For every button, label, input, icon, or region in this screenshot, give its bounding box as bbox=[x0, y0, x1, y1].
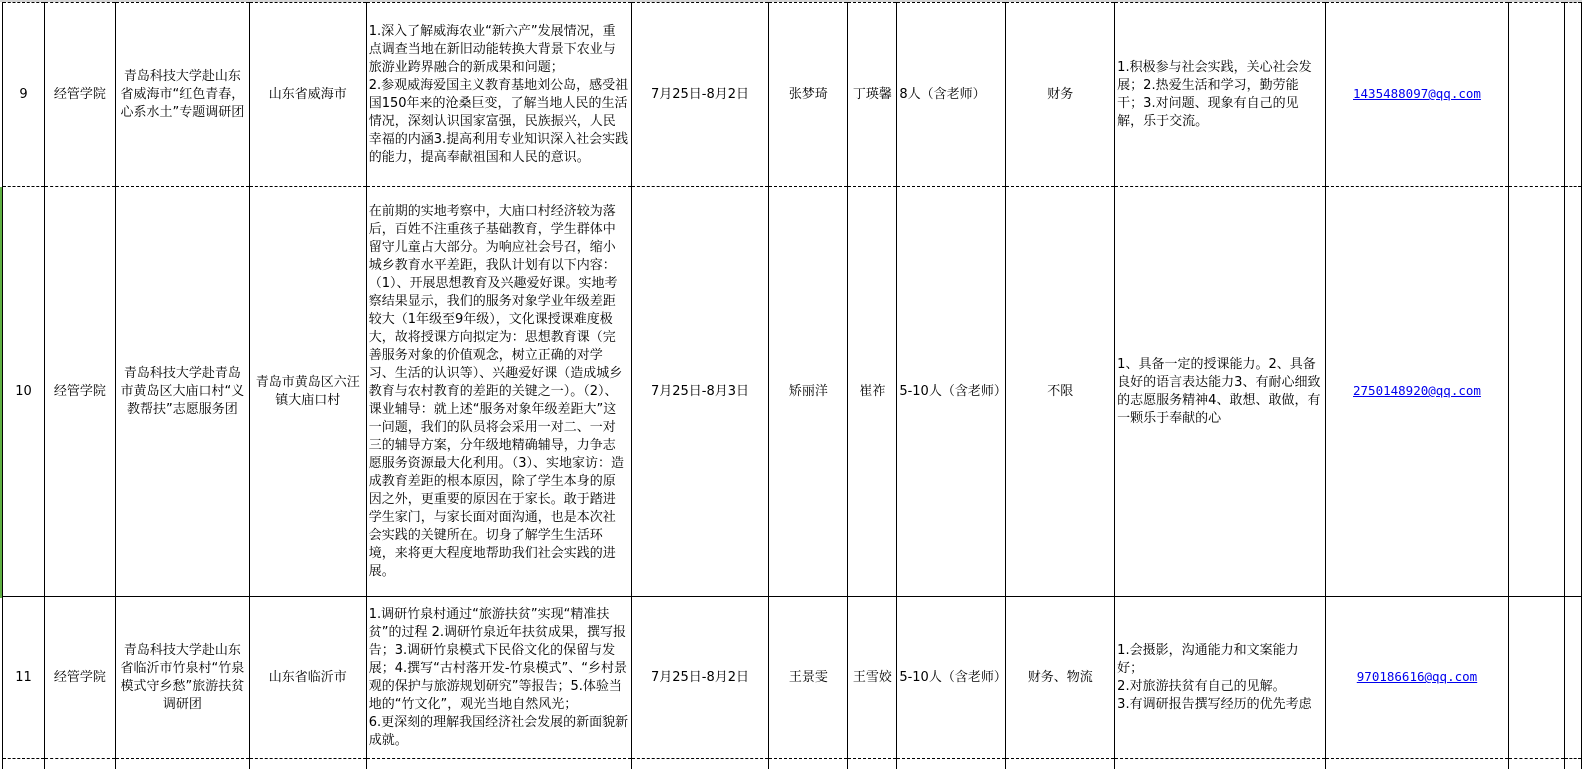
cell-leader[interactable]: 王景雯 bbox=[769, 597, 848, 759]
cell-teacher[interactable]: 丁瑛馨 bbox=[848, 3, 897, 187]
spreadsheet-view: 9 经管学院 青岛科技大学赴山东省威海市“红色青春，心系水土”专题调研团 山东省… bbox=[0, 0, 1582, 769]
cell-team-size[interactable]: 8人（含老师） bbox=[897, 3, 1006, 187]
cell-location[interactable] bbox=[249, 759, 366, 769]
cell-location[interactable]: 山东省临沂市 bbox=[249, 597, 366, 759]
cell-team-name[interactable]: 青岛科技大学赴山东省威海市“红色青春，心系水土”专题调研团 bbox=[115, 3, 249, 187]
cell-teacher[interactable]: 王雪姣 bbox=[848, 597, 897, 759]
cell-empty[interactable] bbox=[1508, 3, 1564, 187]
cell-requirement[interactable]: 财务、物流 bbox=[1006, 597, 1115, 759]
cell-no[interactable]: 11 bbox=[3, 597, 45, 759]
cell-email[interactable]: 2750148920@qq.com bbox=[1326, 187, 1509, 597]
cell-teacher[interactable] bbox=[848, 759, 897, 769]
cell-requirement[interactable]: 不限 bbox=[1006, 187, 1115, 597]
cell-location[interactable]: 山东省威海市 bbox=[249, 3, 366, 187]
data-table: 9 经管学院 青岛科技大学赴山东省威海市“红色青春，心系水土”专题调研团 山东省… bbox=[2, 2, 1582, 769]
email-link[interactable]: 1435488097@qq.com bbox=[1353, 86, 1481, 101]
cell-dates[interactable]: 7月25日-8月3日 bbox=[631, 187, 769, 597]
cell-leader[interactable]: 张梦琦 bbox=[769, 3, 848, 187]
cell-no[interactable]: 10 bbox=[3, 187, 45, 597]
cell-empty[interactable] bbox=[1564, 187, 1581, 597]
cell-team-size[interactable] bbox=[897, 759, 1006, 769]
cell-qualities[interactable] bbox=[1115, 759, 1326, 769]
table-row[interactable]: 9 经管学院 青岛科技大学赴山东省威海市“红色青春，心系水土”专题调研团 山东省… bbox=[3, 3, 1582, 187]
cell-leader[interactable]: 矫丽洋 bbox=[769, 187, 848, 597]
table-row[interactable]: 10 经管学院 青岛科技大学赴青岛市黄岛区大庙口村“义教帮扶”志愿服务团 青岛市… bbox=[3, 187, 1582, 597]
table-row-partial[interactable] bbox=[3, 759, 1582, 769]
cell-college[interactable]: 经管学院 bbox=[44, 597, 115, 759]
cell-empty[interactable] bbox=[1564, 759, 1581, 769]
cell-dates[interactable] bbox=[631, 759, 769, 769]
cell-email[interactable]: 970186616@qq.com bbox=[1326, 597, 1509, 759]
cell-empty[interactable] bbox=[1508, 759, 1564, 769]
cell-requirement[interactable] bbox=[1006, 759, 1115, 769]
clipped-text bbox=[369, 759, 629, 769]
cell-content[interactable]: 在前期的实地考察中，大庙口村经济较为落后，百姓不注重孩子基础教育，学生群体中留守… bbox=[366, 187, 631, 597]
cell-empty[interactable] bbox=[1564, 597, 1581, 759]
cell-dates[interactable]: 7月25日-8月2日 bbox=[631, 597, 769, 759]
cell-content[interactable] bbox=[366, 759, 631, 769]
table-row[interactable]: 11 经管学院 青岛科技大学赴山东省临沂市竹泉村“竹泉模式守乡愁”旅游扶贫调研团… bbox=[3, 597, 1582, 759]
cell-no[interactable]: 9 bbox=[3, 3, 45, 187]
cell-college[interactable] bbox=[44, 759, 115, 769]
cell-email[interactable]: 1435488097@qq.com bbox=[1326, 3, 1509, 187]
cell-team-name[interactable]: 青岛科技大学赴山东省临沂市竹泉村“竹泉模式守乡愁”旅游扶贫调研团 bbox=[115, 597, 249, 759]
cell-no[interactable] bbox=[3, 759, 45, 769]
cell-teacher[interactable]: 崔祚 bbox=[848, 187, 897, 597]
cell-college[interactable]: 经管学院 bbox=[44, 187, 115, 597]
cell-email[interactable] bbox=[1326, 759, 1509, 769]
cell-college[interactable]: 经管学院 bbox=[44, 3, 115, 187]
cell-leader[interactable] bbox=[769, 759, 848, 769]
cell-qualities[interactable]: 1.积极参与社会实践，关心社会发展；2.热爱生活和学习，勤劳能干；3.对问题、现… bbox=[1115, 3, 1326, 187]
cell-empty[interactable] bbox=[1508, 187, 1564, 597]
cell-content[interactable]: 1.调研竹泉村通过“旅游扶贫”实现“精准扶贫”的过程 2.调研竹泉近年扶贫成果，… bbox=[366, 597, 631, 759]
cell-location[interactable]: 青岛市黄岛区六汪镇大庙口村 bbox=[249, 187, 366, 597]
cell-team-size[interactable]: 5-10人（含老师） bbox=[897, 187, 1006, 597]
cell-qualities[interactable]: 1.会摄影，沟通能力和文案能力好； 2.对旅游扶贫有自己的见解。 3.有调研报告… bbox=[1115, 597, 1326, 759]
cell-empty[interactable] bbox=[1564, 3, 1581, 187]
cell-team-name[interactable]: 青岛科技大学赴青岛市黄岛区大庙口村“义教帮扶”志愿服务团 bbox=[115, 187, 249, 597]
email-link[interactable]: 2750148920@qq.com bbox=[1353, 383, 1481, 398]
cell-requirement[interactable]: 财务 bbox=[1006, 3, 1115, 187]
cell-team-size[interactable]: 5-10人（含老师） bbox=[897, 597, 1006, 759]
cell-qualities[interactable]: 1、具备一定的授课能力。2、具备良好的语言表达能力3、有耐心细致的志愿服务精神4… bbox=[1115, 187, 1326, 597]
cell-dates[interactable]: 7月25日-8月2日 bbox=[631, 3, 769, 187]
cell-content[interactable]: 1.深入了解威海农业“新六产”发展情况，重点调查当地在新旧动能转换大背景下农业与… bbox=[366, 3, 631, 187]
cell-team-name[interactable] bbox=[115, 759, 249, 769]
email-link[interactable]: 970186616@qq.com bbox=[1357, 669, 1477, 684]
cell-empty[interactable] bbox=[1508, 597, 1564, 759]
